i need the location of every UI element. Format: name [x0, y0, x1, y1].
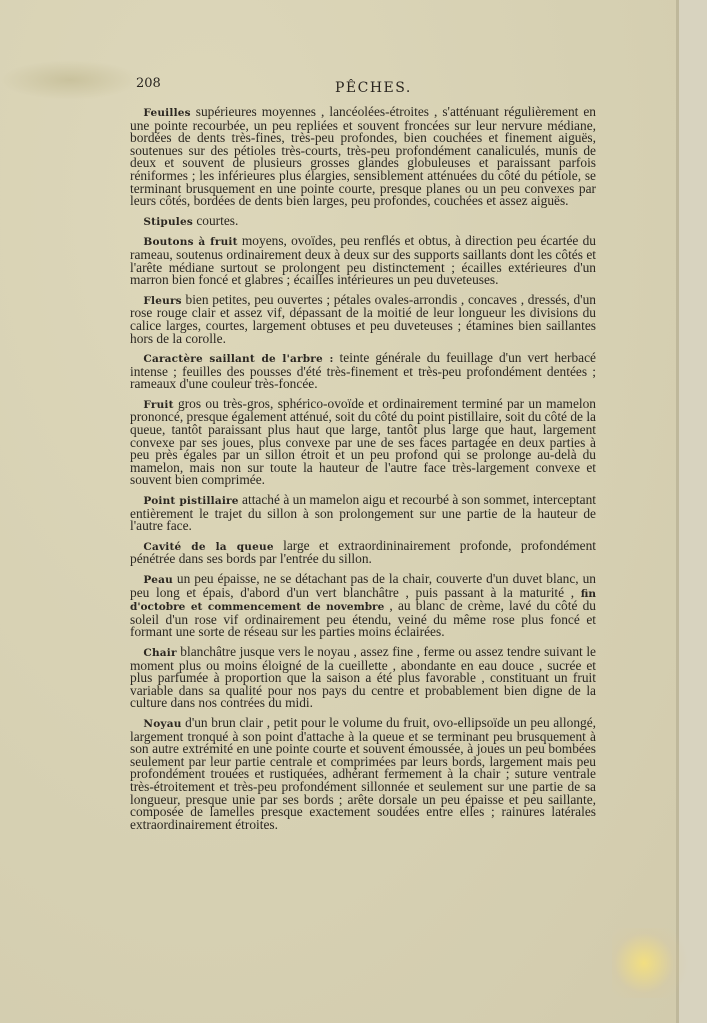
paragraph-feuilles: Feuilles supérieures moyennes , lancéolé… — [130, 106, 596, 208]
paragraph-text: supérieures moyennes , lancéolées-étroit… — [130, 104, 596, 208]
paragraph-noyau: Noyau d'un brun clair , petit pour le vo… — [130, 717, 596, 831]
paragraph-text: bien petites, peu ouvertes ; pétales ova… — [130, 292, 596, 346]
paragraph-text: d'un brun clair , petit pour le volume d… — [130, 715, 596, 832]
paragraph-text: courtes. — [193, 213, 238, 228]
paragraph-boutons: Boutons à fruit moyens, ovoïdes, peu ren… — [130, 235, 596, 286]
paragraph-text: un peu épaisse, ne se détachant pas de l… — [130, 571, 596, 600]
paragraph-cavite: Cavité de la queue large et extraordinin… — [130, 540, 596, 566]
paragraph-caractere: Caractère saillant de l'arbre : teinte g… — [130, 352, 596, 391]
paragraph-lead: Stipules — [143, 216, 193, 228]
paragraph-fleurs: Fleurs bien petites, peu ouvertes ; péta… — [130, 294, 596, 345]
paragraph-stipules: Stipules courtes. — [130, 215, 596, 229]
page-header: 208 PÊCHES. — [135, 74, 595, 96]
paper-stain — [0, 60, 140, 100]
page-number: 208 — [136, 76, 161, 91]
book-page: 208 PÊCHES. Feuilles supérieures moyenne… — [0, 0, 678, 1023]
page-body: Feuilles supérieures moyennes , lancéolé… — [130, 106, 596, 838]
paragraph-text: gros ou très-gros, sphérico-ovoïde et or… — [130, 396, 596, 488]
paragraph-chair: Chair blanchâtre jusque vers le noyau , … — [130, 646, 596, 710]
paragraph-fruit: Fruit gros ou très-gros, sphérico-ovoïde… — [130, 398, 596, 487]
paragraph-peau: Peau un peu épaisse, ne se détachant pas… — [130, 573, 596, 639]
paragraph-point-pistillaire: Point pistillaire attaché à un mamelon a… — [130, 494, 596, 533]
paragraph-text: blanchâtre jusque vers le noyau , assez … — [130, 644, 596, 710]
light-glare — [612, 928, 692, 998]
running-title: PÊCHES. — [335, 80, 412, 96]
next-page-edge — [679, 0, 707, 1023]
